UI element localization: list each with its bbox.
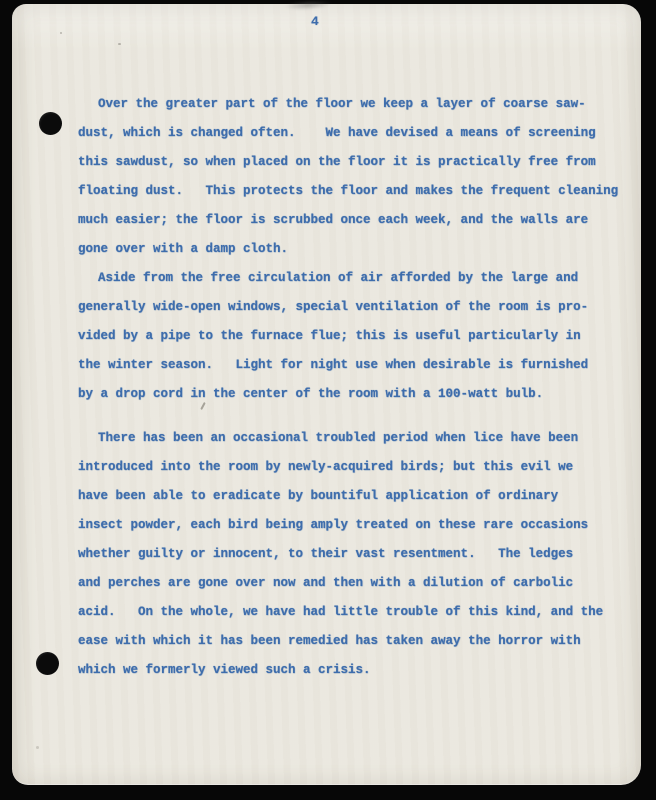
paragraph: There has been an occasional troubled pe…: [78, 424, 638, 685]
paper-speck: [118, 43, 121, 45]
text-line: floating dust. This protects the floor a…: [78, 177, 638, 206]
text-line: Over the greater part of the floor we ke…: [78, 90, 638, 119]
page-number: 4: [311, 14, 319, 29]
typed-text-block: Over the greater part of the floor we ke…: [78, 90, 638, 685]
text-line: acid. On the whole, we have had little t…: [78, 598, 638, 627]
paper-speck: [36, 746, 39, 749]
text-line: dust, which is changed often. We have de…: [78, 119, 638, 148]
text-line: vided by a pipe to the furnace flue; thi…: [78, 322, 638, 351]
paper-speck: [60, 32, 62, 34]
text-line: much easier; the floor is scrubbed once …: [78, 206, 638, 235]
scan-smudge: [284, 0, 333, 12]
scanned-page: 4 Over the greater part of the floor we …: [12, 4, 641, 785]
text-line: Aside from the free circulation of air a…: [78, 264, 638, 293]
text-line: gone over with a damp cloth.: [78, 235, 638, 264]
paragraph: Aside from the free circulation of air a…: [78, 264, 638, 409]
text-line: and perches are gone over now and then w…: [78, 569, 638, 598]
text-line: whether guilty or innocent, to their vas…: [78, 540, 638, 569]
text-line: have been able to eradicate by bountiful…: [78, 482, 638, 511]
text-line: ease with which it has been remedied has…: [78, 627, 638, 656]
text-line: which we formerly viewed such a crisis.: [78, 656, 638, 685]
paragraph: Over the greater part of the floor we ke…: [78, 90, 638, 264]
hole-punch-bottom: [36, 652, 59, 675]
text-line: this sawdust, so when placed on the floo…: [78, 148, 638, 177]
text-line: the winter season. Light for night use w…: [78, 351, 638, 380]
text-line: insect powder, each bird being amply tre…: [78, 511, 638, 540]
text-line: There has been an occasional troubled pe…: [78, 424, 638, 453]
text-line: generally wide-open windows, special ven…: [78, 293, 638, 322]
hole-punch-top: [39, 112, 62, 135]
text-line: by a drop cord in the center of the room…: [78, 380, 638, 409]
text-line: introduced into the room by newly-acquir…: [78, 453, 638, 482]
